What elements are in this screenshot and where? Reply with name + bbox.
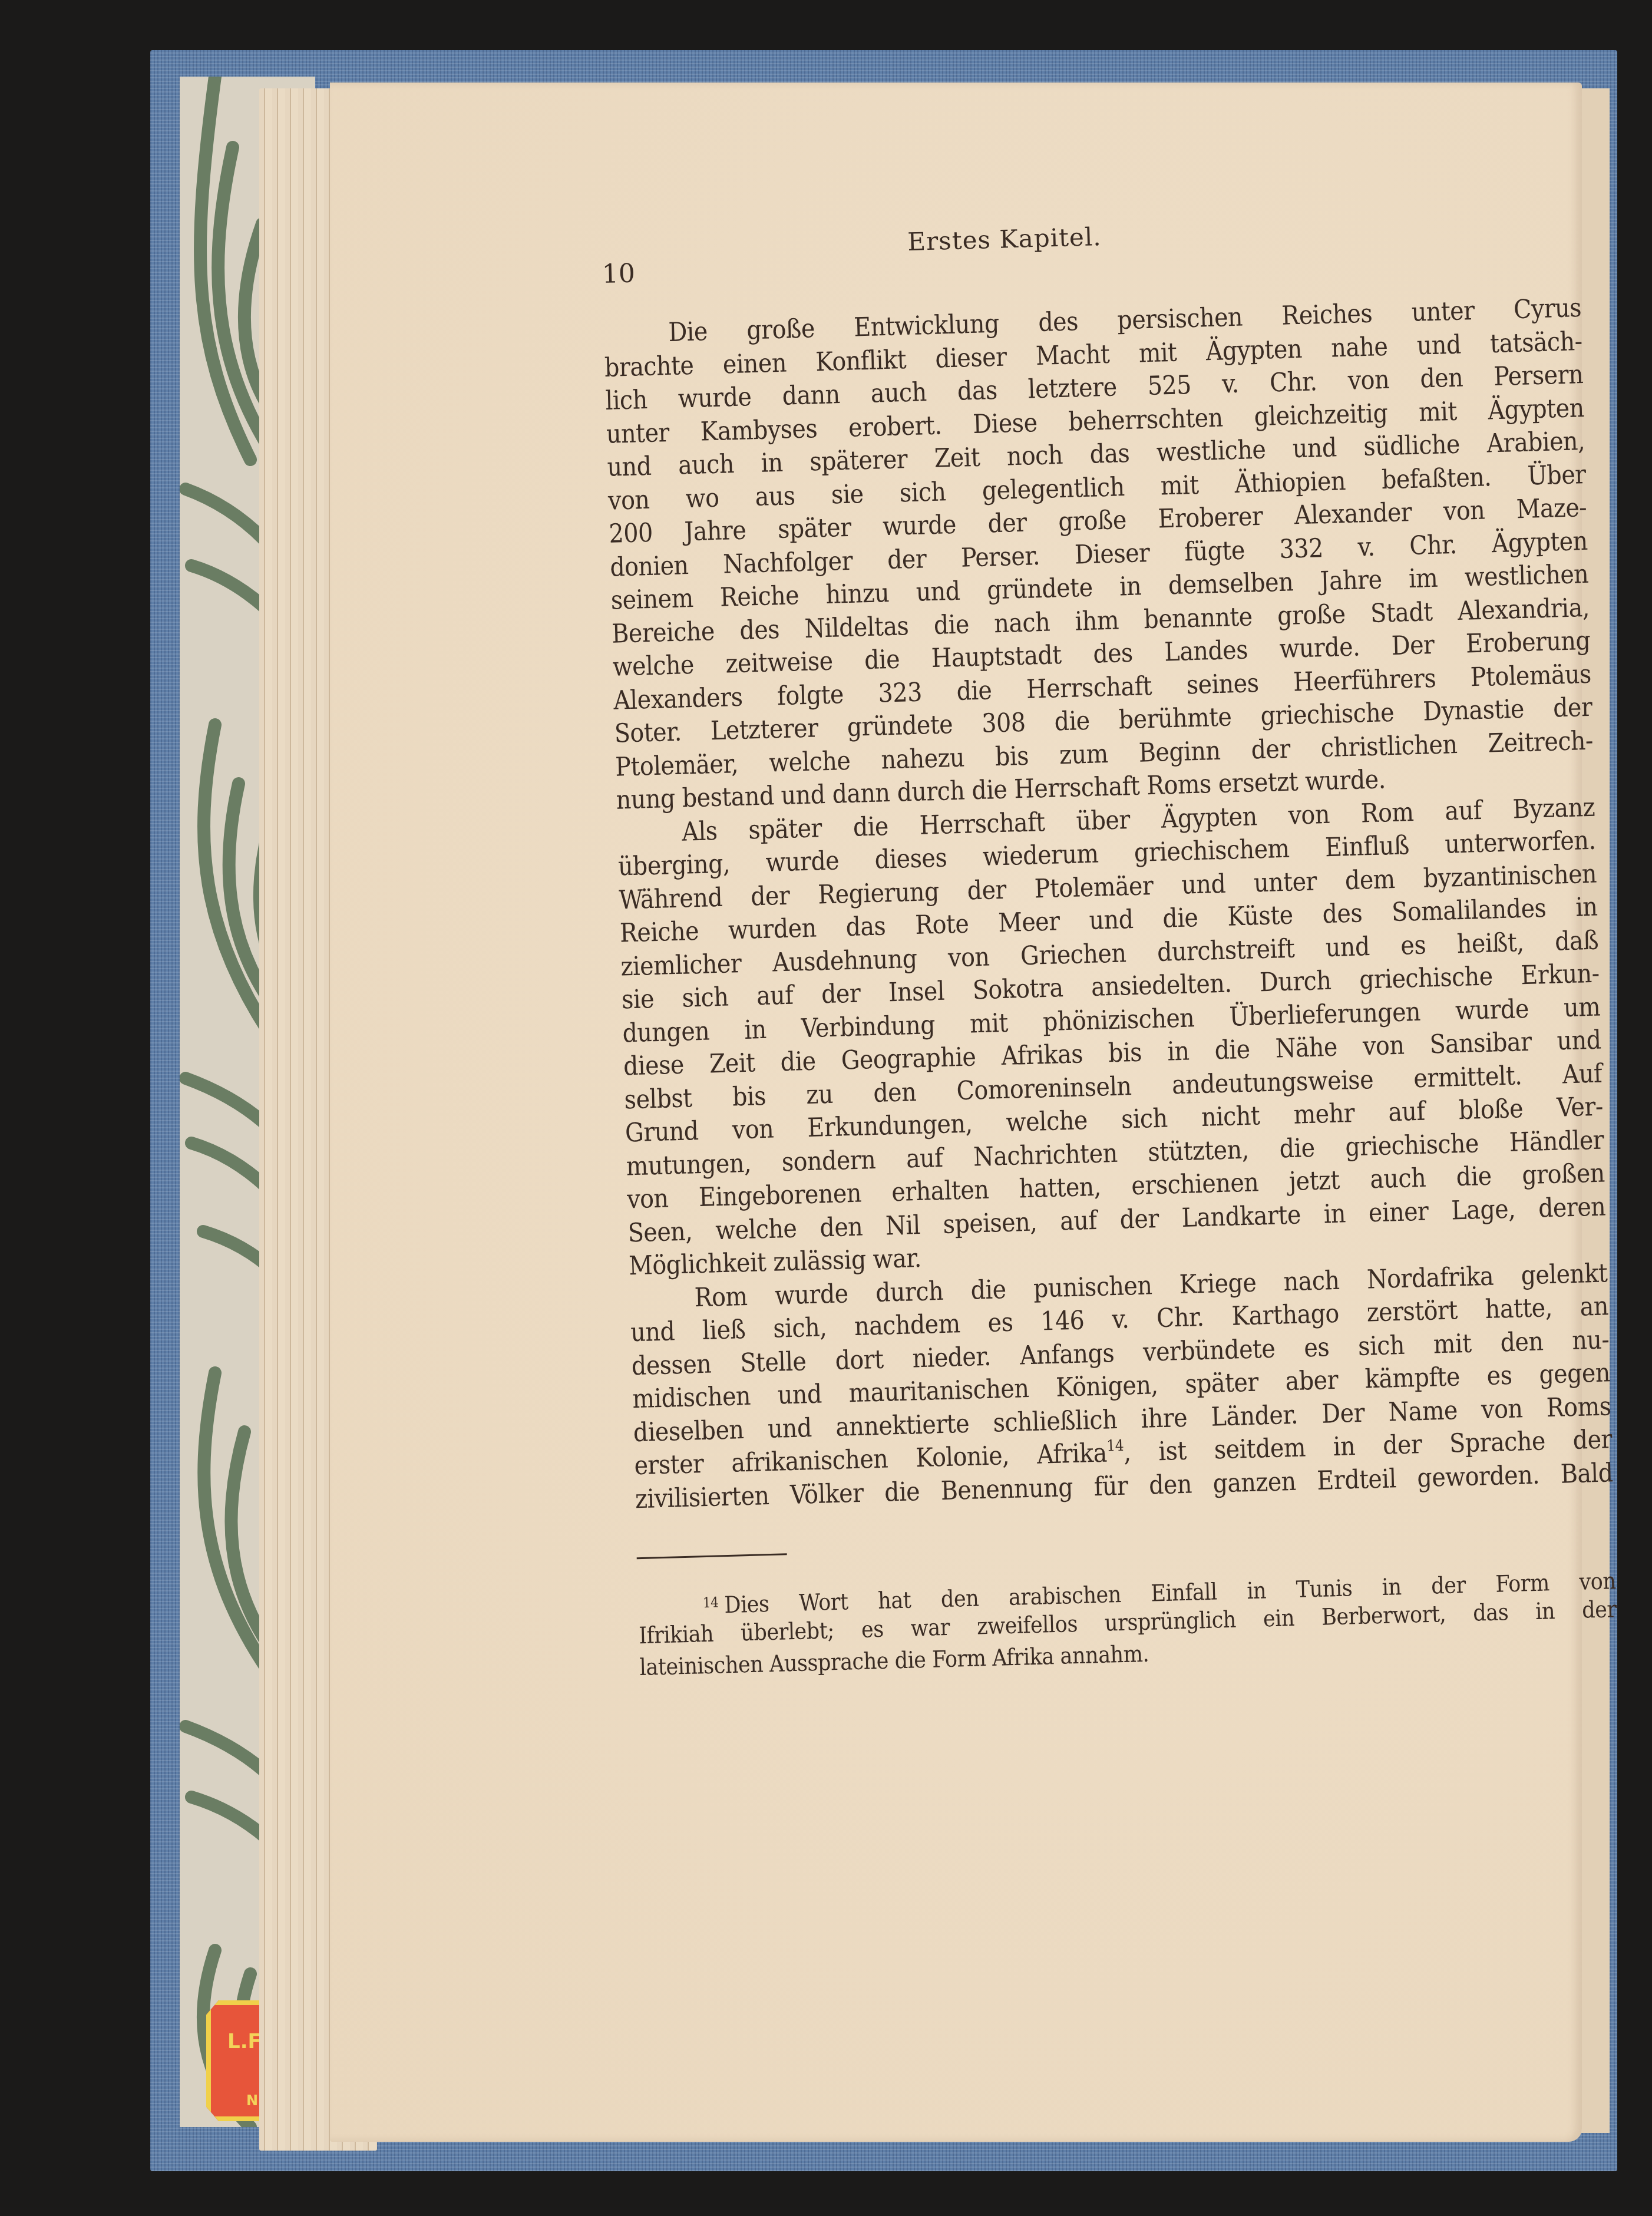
text-line-content: Möglichkeit zulässig war.: [629, 1243, 922, 1281]
book-scan: L.FRIE H NEU 10 Erstes Kapitel. Die groß…: [0, 0, 1652, 2216]
footnote-divider: [637, 1553, 787, 1559]
page-content: 10 Erstes Kapitel. Die große Entwicklung…: [601, 209, 1618, 1684]
footnote-reference: 14: [1106, 1437, 1124, 1455]
footnote-mark: 14: [702, 1594, 718, 1611]
page-number: 10: [602, 258, 635, 289]
body-text: Die große Entwicklung des persischen Rei…: [603, 292, 1613, 1516]
chapter-title: Erstes Kapitel.: [907, 222, 1102, 256]
